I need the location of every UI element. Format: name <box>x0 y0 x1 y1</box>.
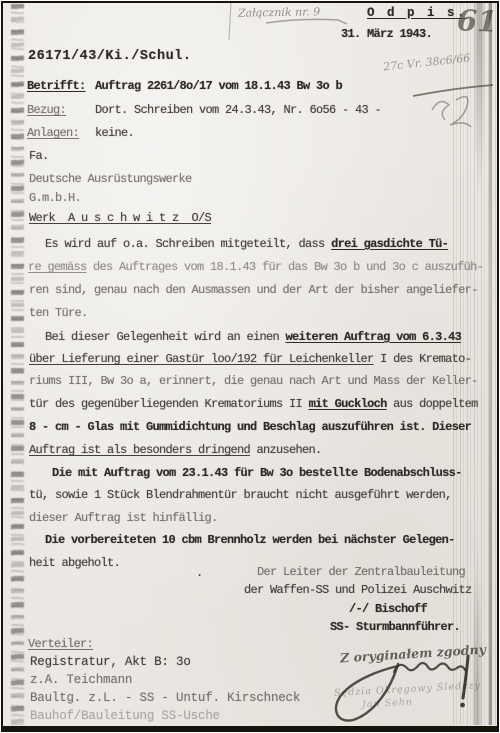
body-line: Bei dieser Gelegenheit wird an einen wei… <box>45 330 461 344</box>
anlagen-label: Anlagen: <box>27 126 79 140</box>
scanned-letter-page: Załącznik nr. 9 O d p i s. 61 31. März 1… <box>0 0 500 733</box>
underlined-phrase: drei gasdichte Tü- <box>331 237 448 251</box>
body-text: Bei dieser Gelegenheit wird an einen <box>45 330 286 344</box>
body-line: heit abgeholt. <box>29 556 120 570</box>
recipient-legal-form: G.m.b.H. <box>29 191 81 205</box>
betrifft-value: Auftrag 2261/8o/17 vom 18.1.43 Bw 3o b <box>95 79 342 93</box>
distribution-item: Baultg. z.L. - SS - Untuf. Kirschneck <box>30 691 300 705</box>
underlined-phrase: weiteren Auftrag vom 6.3.43 <box>286 330 462 344</box>
underlined-phrase: mit Guckloch <box>309 397 387 411</box>
stray-dot: . <box>196 566 203 580</box>
closing-line: der Waffen-SS und Polizei Auschwitz <box>244 583 472 597</box>
body-line: Die mit Auftrag vom 23.1.43 für Bw 3o be… <box>52 466 462 480</box>
scan-streak-line <box>489 3 492 725</box>
bezug-value: Dort. Schreiben vom 24.3.43, Nr. 6o56 - … <box>95 103 381 117</box>
body-text: Es wird auf o.a. Schreiben mitgeteilt, d… <box>45 237 331 251</box>
attachment-note: Załącznik nr. 9 <box>238 5 320 19</box>
body-line: tür des gegenüberliegenden Krematoriums … <box>29 397 478 411</box>
bezug-label: Bezug: <box>27 103 66 117</box>
recipient-company: Deutsche Ausrüstungswerke <box>29 172 192 186</box>
signature-name: /-/ Bischoff <box>349 602 427 616</box>
body-text: anzusehen. <box>250 443 322 457</box>
body-text: tür des gegenüberliegenden Krematoriums … <box>29 397 309 411</box>
distribution-item: Registratur, Akt B: 3o <box>30 655 191 669</box>
body-line: ten Türe. <box>29 306 88 320</box>
doc-reference: 26171/43/Ki./Schul. <box>28 49 191 64</box>
body-line: tü, sowie 1 Stück Blendrahmentür braucht… <box>29 488 452 502</box>
underlined-phrase: Auftrag ist als besonders dringend <box>29 443 250 457</box>
body-line: 8 - cm - Glas mit Gummidichtung und Besc… <box>29 420 471 434</box>
distribution-item: Bauhof/Bauleitung SS-Usche <box>30 709 220 723</box>
distribution-item: z.A. Teichmann <box>30 673 132 687</box>
body-text: des Auftrages vom 18.1.43 für das Bw 3o … <box>87 260 484 274</box>
recipient-firm-prefix: Fa. <box>29 149 49 163</box>
body-line: über Lieferung einer Gastür loo/192 für … <box>29 352 471 366</box>
body-line: dieser Auftrag ist hinfällig. <box>29 511 218 525</box>
closing-line: Der Leiter der Zentralbauleitung <box>257 565 465 579</box>
anlagen-value: keine. <box>95 126 134 140</box>
underlined-phrase: über Lieferung einer Gastür loo/192 für … <box>29 352 374 366</box>
body-line: Die vorbereiteten 10 cbm Brennholz werde… <box>45 533 455 547</box>
betrifft-label: Betrifft: <box>27 79 86 93</box>
distribution-heading: Verteiler: <box>28 637 93 651</box>
odpis-heading: O d p i s. <box>367 6 467 20</box>
binding-marks <box>11 4 24 725</box>
letter-date: 31. März 1943. <box>341 27 432 41</box>
underlined-phrase: re gemäss <box>28 260 87 274</box>
body-line: re gemäss des Auftrages vom 18.1.43 für … <box>28 260 483 274</box>
body-line: Auftrag ist als besonders dringend anzus… <box>29 443 322 457</box>
body-line: riums III, Bw 3o a, erinnert, die genau … <box>29 374 478 388</box>
recipient-plant: Werk A u s c h w i t z O/S <box>29 211 211 225</box>
body-line: ren sind, genau nach den Ausmassen und d… <box>29 283 478 297</box>
body-line: Es wird auf o.a. Schreiben mitgeteilt, d… <box>45 237 448 251</box>
signature-rank: SS- Sturmbannführer. <box>330 620 460 634</box>
